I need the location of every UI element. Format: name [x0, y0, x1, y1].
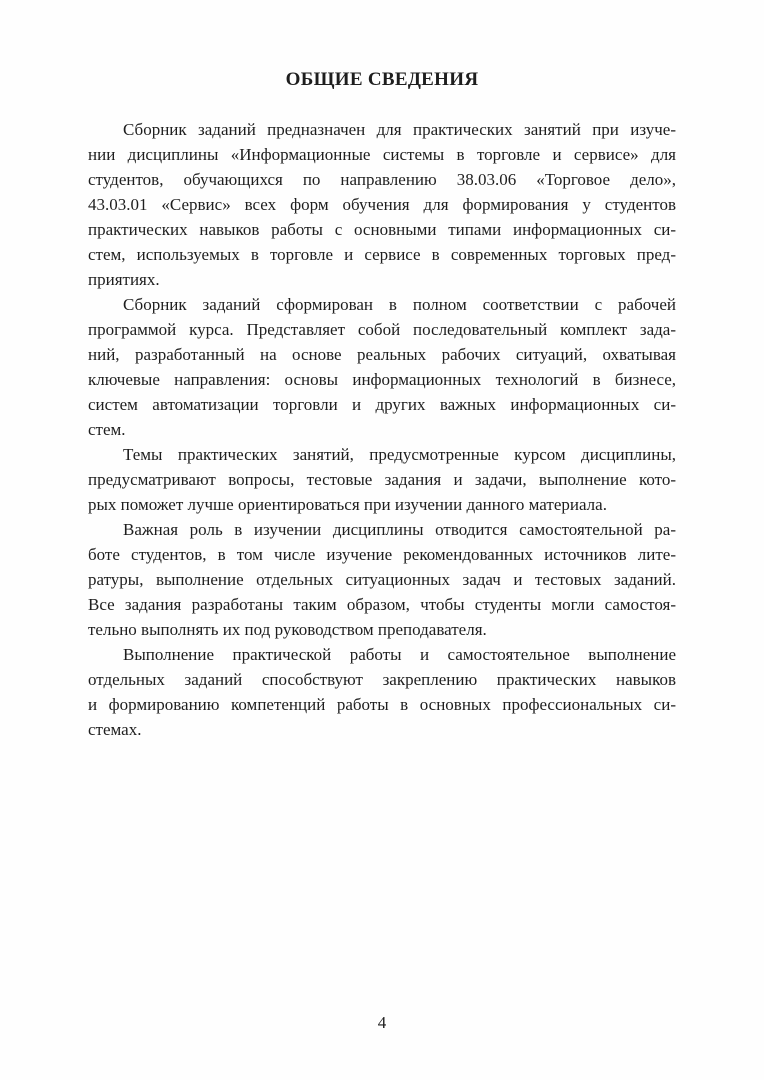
- document-page: ОБЩИЕ СВЕДЕНИЯ Сборник заданий предназна…: [0, 0, 764, 1080]
- text-line: и формированию компетенций работы в осно…: [88, 692, 676, 717]
- text-line: отдельных заданий способствуют закреплен…: [88, 667, 676, 692]
- text-line: программой курса. Представляет собой пос…: [88, 317, 676, 342]
- page-title: ОБЩИЕ СВЕДЕНИЯ: [88, 67, 676, 92]
- text-line: Темы практических занятий, предусмотренн…: [88, 442, 676, 467]
- text-line: Все задания разработаны таким образом, ч…: [88, 592, 676, 617]
- text-line: нии дисциплины «Информационные системы в…: [88, 142, 676, 167]
- text-line: Важная роль в изучении дисциплины отводи…: [88, 517, 676, 542]
- text-line: студентов, обучающихся по направлению 38…: [88, 167, 676, 192]
- text-line: Выполнение практической работы и самосто…: [88, 642, 676, 667]
- text-line: систем автоматизации торговли и других в…: [88, 392, 676, 417]
- text-line: ний, разработанный на основе реальных ра…: [88, 342, 676, 367]
- text-line: 43.03.01 «Сервис» всех форм обучения для…: [88, 192, 676, 217]
- text-line: практических навыков работы с основными …: [88, 217, 676, 242]
- text-line: тельно выполнять их под руководством пре…: [88, 617, 676, 642]
- paragraph-2: Сборник заданий сформирован в полном соо…: [88, 292, 676, 442]
- paragraph-1: Сборник заданий предназначен для практич…: [88, 117, 676, 292]
- text-line: боте студентов, в том числе изучение рек…: [88, 542, 676, 567]
- text-line: ключевые направления: основы информацион…: [88, 367, 676, 392]
- document-body: Сборник заданий предназначен для практич…: [88, 117, 676, 742]
- text-line: ратуры, выполнение отдельных ситуационны…: [88, 567, 676, 592]
- text-line: предусматривают вопросы, тестовые задани…: [88, 467, 676, 492]
- page-number: 4: [0, 1010, 764, 1035]
- paragraph-5: Выполнение практической работы и самосто…: [88, 642, 676, 742]
- paragraph-3: Темы практических занятий, предусмотренн…: [88, 442, 676, 517]
- text-line: приятиях.: [88, 267, 676, 292]
- text-line: рых поможет лучше ориентироваться при из…: [88, 492, 676, 517]
- text-line: стем, используемых в торговле и сервисе …: [88, 242, 676, 267]
- text-line: стемах.: [88, 717, 676, 742]
- text-line: Сборник заданий сформирован в полном соо…: [88, 292, 676, 317]
- text-line: стем.: [88, 417, 676, 442]
- paragraph-4: Важная роль в изучении дисциплины отводи…: [88, 517, 676, 642]
- text-line: Сборник заданий предназначен для практич…: [88, 117, 676, 142]
